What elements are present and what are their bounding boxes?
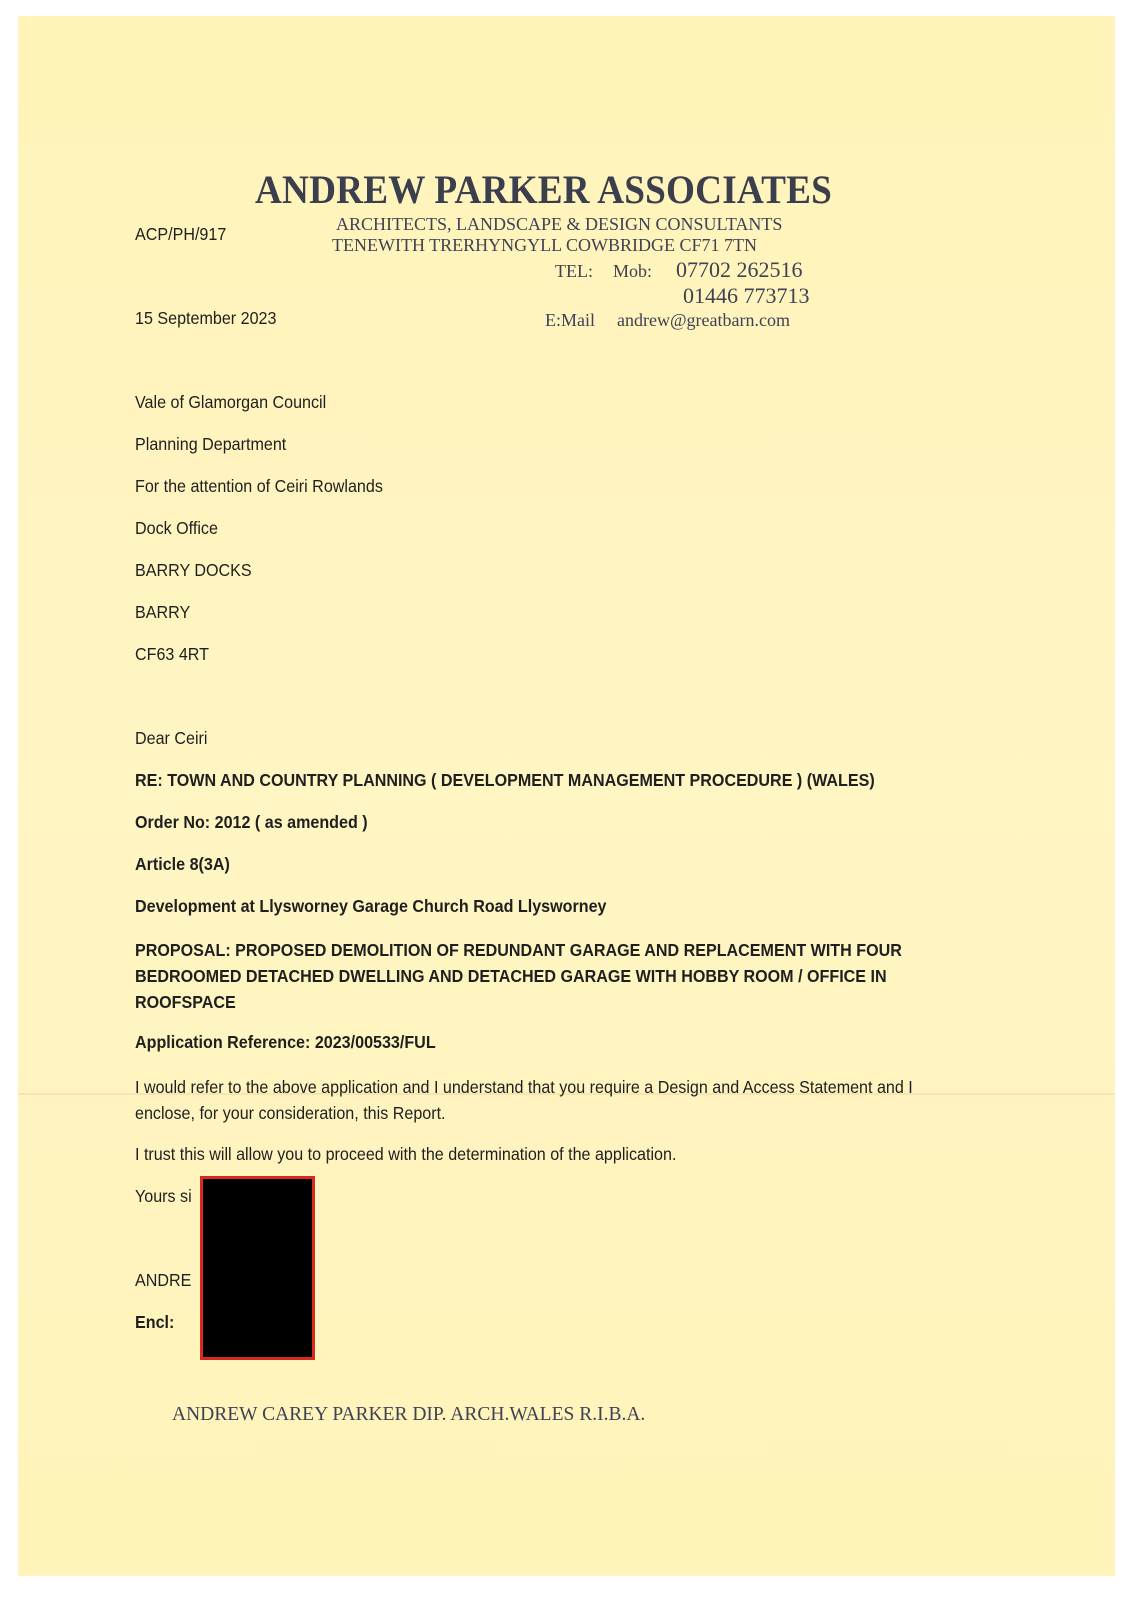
- recipient-line: Dock Office: [135, 518, 218, 539]
- subject-development-line: Development at Llysworney Garage Church …: [135, 896, 607, 917]
- recipient-line: Planning Department: [135, 434, 286, 455]
- company-address: TENEWITH TRERHYNGYLL COWBRIDGE CF71 7TN: [332, 235, 757, 256]
- redaction-box: [200, 1176, 315, 1360]
- salutation: Dear Ceiri: [135, 728, 207, 749]
- recipient-line: For the attention of Ceiri Rowlands: [135, 476, 383, 497]
- subject-article-line: Article 8(3A): [135, 854, 230, 875]
- letter-page: ANDREW PARKER ASSOCIATES ARCHITECTS, LAN…: [18, 16, 1115, 1576]
- signoff: Yours si: [135, 1186, 192, 1207]
- subject-proposal: PROPOSAL: PROPOSED DEMOLITION OF REDUNDA…: [135, 937, 968, 1015]
- recipient-line: BARRY DOCKS: [135, 560, 252, 581]
- body-paragraph: I would refer to the above application a…: [135, 1074, 917, 1126]
- enclosure-label: Encl:: [135, 1312, 174, 1333]
- recipient-line: BARRY: [135, 602, 190, 623]
- recipient-line: Vale of Glamorgan Council: [135, 392, 326, 413]
- signatory-name: ANDRE: [135, 1270, 191, 1291]
- letter-date: 15 September 2023: [135, 308, 276, 329]
- email-address: andrew@greatbarn.com: [617, 310, 790, 331]
- subject-re-line: RE: TOWN AND COUNTRY PLANNING ( DEVELOPM…: [135, 770, 875, 791]
- mobile-number: 07702 262516: [676, 257, 803, 283]
- phone-number: 01446 773713: [683, 283, 810, 309]
- footer-credentials: ANDREW CAREY PARKER DIP. ARCH.WALES R.I.…: [172, 1404, 645, 1426]
- tel-label: TEL:: [555, 261, 593, 282]
- mob-label: Mob:: [613, 261, 652, 282]
- subject-order-line: Order No: 2012 ( as amended ): [135, 812, 368, 833]
- application-reference: Application Reference: 2023/00533/FUL: [135, 1032, 436, 1053]
- company-name-heading: ANDREW PARKER ASSOCIATES: [255, 166, 832, 213]
- company-tagline: ARCHITECTS, LANDSCAPE & DESIGN CONSULTAN…: [336, 214, 782, 235]
- body-paragraph: I trust this will allow you to proceed w…: [135, 1144, 676, 1165]
- recipient-line: CF63 4RT: [135, 644, 209, 665]
- email-label: E:Mail: [545, 310, 595, 331]
- letter-reference: ACP/PH/917: [135, 224, 226, 245]
